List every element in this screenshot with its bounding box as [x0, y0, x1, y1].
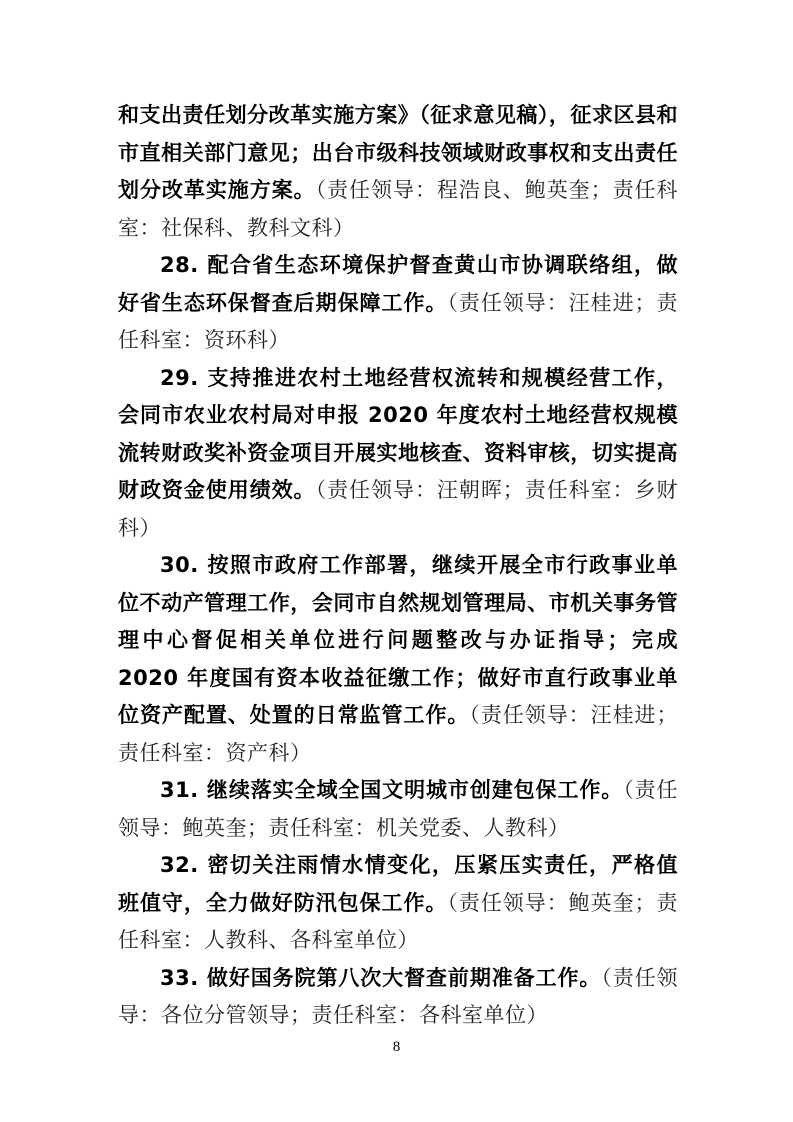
paragraph-item-30: 30. 按照市政府工作部署，继续开展全市行政事业单位不动产管理工作，会同市自然规… [118, 547, 678, 772]
paragraph-item-33: 33. 做好国务院第八次大督查前期准备工作。（责任领导：各位分管领导；责任科室：… [118, 960, 678, 1035]
paragraph-item-29: 29. 支持推进农村土地经营权流转和规模经营工作，会同市农业农村局对申报 202… [118, 360, 678, 548]
page-number: 8 [393, 1039, 401, 1055]
paragraph-item-28: 28. 配合省生态环境保护督查黄山市协调联络组，做好省生态环保督查后期保障工作。… [118, 247, 678, 360]
page-footer: 8 [0, 1036, 793, 1056]
paragraph-item-32: 32. 密切关注雨情水情变化，压紧压实责任，严格值班值守，全力做好防汛包保工作。… [118, 847, 678, 960]
paragraph-main-text: 30. 按照市政府工作部署，继续开展全市行政事业单位不动产管理工作，会同市自然规… [118, 553, 678, 727]
paragraph-item-31: 31. 继续落实全域全国文明城市创建包保工作。（责任领导：鲍英奎；责任科室：机关… [118, 772, 678, 847]
document-page: 和支出责任划分改革实施方案》（征求意见稿），征求区县和市直相关部门意见；出台市级… [0, 0, 793, 1122]
paragraph-main-text: 33. 做好国务院第八次大督查前期准备工作。 [160, 966, 601, 990]
paragraph-continuation: 和支出责任划分改革实施方案》（征求意见稿），征求区县和市直相关部门意见；出台市级… [118, 97, 678, 247]
paragraph-main-text: 31. 继续落实全域全国文明城市创建包保工作。 [160, 778, 623, 802]
document-body: 和支出责任划分改革实施方案》（征求意见稿），征求区县和市直相关部门意见；出台市级… [118, 97, 678, 1035]
